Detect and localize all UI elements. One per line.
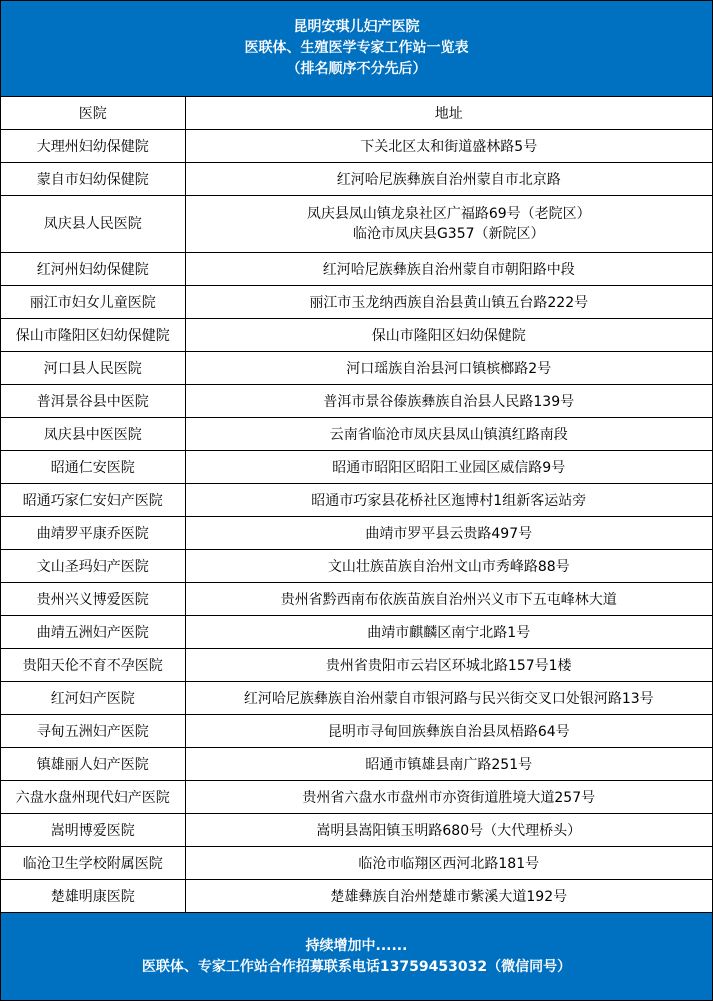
table-row: 红河妇产医院红河哈尼族彝族自治州蒙自市银河路与民兴街交叉口处银河路13号 [1, 682, 712, 715]
address-line: 文山壮族苗族自治州文山市秀峰路88号 [186, 556, 713, 576]
table-header-row: 医院 地址 [1, 97, 712, 130]
hospital-name-cell: 贵阳天伦不育不孕医院 [1, 649, 185, 682]
address-cell: 楚雄彝族自治州楚雄市紫溪大道192号 [185, 880, 712, 913]
address-line: 红河哈尼族彝族自治州蒙自市朝阳路中段 [186, 259, 713, 279]
hospital-name-cell: 曲靖五洲妇产医院 [1, 616, 185, 649]
address-line: 丽江市玉龙纳西族自治县黄山镇五台路222号 [186, 292, 713, 312]
table-row: 昭通仁安医院昭通市昭阳区昭阳工业园区威信路9号 [1, 451, 712, 484]
table-row: 文山圣玛妇产医院文山壮族苗族自治州文山市秀峰路88号 [1, 550, 712, 583]
address-cell: 下关北区太和街道盛林路5号 [185, 130, 712, 163]
address-cell: 临沧市临翔区西河北路181号 [185, 847, 712, 880]
address-cell: 红河哈尼族彝族自治州蒙自市银河路与民兴街交叉口处银河路13号 [185, 682, 712, 715]
address-cell: 曲靖市罗平县云贵路497号 [185, 517, 712, 550]
address-line: 凤庆县凤山镇龙泉社区广福路69号（老院区） [186, 204, 713, 224]
address-cell: 保山市隆阳区妇幼保健院 [185, 319, 712, 352]
address-cell: 贵州省六盘水市盘州市亦资街道胜境大道257号 [185, 781, 712, 814]
hospital-table: 医院 地址 大理州妇幼保健院下关北区太和街道盛林路5号蒙自市妇幼保健院红河哈尼族… [1, 97, 712, 913]
hospital-name-cell: 昭通仁安医院 [1, 451, 185, 484]
table-row: 昭通巧家仁安妇产医院昭通市巧家县花桥社区迤博村1组新客运站旁 [1, 484, 712, 517]
address-line: 保山市隆阳区妇幼保健院 [186, 325, 713, 345]
hospital-name-cell: 凤庆县人民医院 [1, 196, 185, 253]
hospital-name-cell: 临沧卫生学校附属医院 [1, 847, 185, 880]
address-line: 嵩明县嵩阳镇玉明路680号（大代理桥头） [186, 820, 713, 840]
table-row: 大理州妇幼保健院下关北区太和街道盛林路5号 [1, 130, 712, 163]
hospital-name-cell: 河口县人民医院 [1, 352, 185, 385]
address-line: 贵州省六盘水市盘州市亦资街道胜境大道257号 [186, 787, 713, 807]
table-row: 河口县人民医院河口瑶族自治县河口镇槟榔路2号 [1, 352, 712, 385]
table-row: 红河州妇幼保健院红河哈尼族彝族自治州蒙自市朝阳路中段 [1, 253, 712, 286]
table-row: 曲靖罗平康乔医院曲靖市罗平县云贵路497号 [1, 517, 712, 550]
table-row: 保山市隆阳区妇幼保健院保山市隆阳区妇幼保健院 [1, 319, 712, 352]
table-row: 普洱景谷县中医院普洱市景谷傣族彝族自治县人民路139号 [1, 385, 712, 418]
title-table-name: 医联体、生殖医学专家工作站一览表 [245, 38, 469, 59]
hospital-name-cell: 丽江市妇女儿童医院 [1, 286, 185, 319]
hospital-name-cell: 寻甸五洲妇产医院 [1, 715, 185, 748]
address-cell: 普洱市景谷傣族彝族自治县人民路139号 [185, 385, 712, 418]
address-cell: 昭通市镇雄县南广路251号 [185, 748, 712, 781]
table-row: 临沧卫生学校附属医院临沧市临翔区西河北路181号 [1, 847, 712, 880]
hospital-name-cell: 凤庆县中医医院 [1, 418, 185, 451]
hospital-name-cell: 大理州妇幼保健院 [1, 130, 185, 163]
hospital-name-cell: 镇雄丽人妇产医院 [1, 748, 185, 781]
address-cell: 文山壮族苗族自治州文山市秀峰路88号 [185, 550, 712, 583]
address-cell: 丽江市玉龙纳西族自治县黄山镇五台路222号 [185, 286, 712, 319]
address-line: 贵州省贵阳市云岩区环城北路157号1楼 [186, 655, 713, 675]
address-cell: 贵州省黔西南布依族苗族自治州兴义市下五屯峰林大道 [185, 583, 712, 616]
hospital-name-cell: 嵩明博爱医院 [1, 814, 185, 847]
address-line: 普洱市景谷傣族彝族自治县人民路139号 [186, 391, 713, 411]
hospital-name-cell: 曲靖罗平康乔医院 [1, 517, 185, 550]
title-hospital-name: 昆明安琪儿妇产医院 [294, 17, 420, 38]
table-row: 凤庆县中医医院云南省临沧市凤庆县凤山镇滇红路南段 [1, 418, 712, 451]
address-cell: 凤庆县凤山镇龙泉社区广福路69号（老院区）临沧市凤庆县G357（新院区） [185, 196, 712, 253]
address-cell: 贵州省贵阳市云岩区环城北路157号1楼 [185, 649, 712, 682]
address-line: 河口瑶族自治县河口镇槟榔路2号 [186, 358, 713, 378]
table-row: 楚雄明康医院楚雄彝族自治州楚雄市紫溪大道192号 [1, 880, 712, 913]
column-header-address: 地址 [185, 97, 712, 130]
address-cell: 云南省临沧市凤庆县凤山镇滇红路南段 [185, 418, 712, 451]
hospital-name-cell: 楚雄明康医院 [1, 880, 185, 913]
address-line: 下关北区太和街道盛林路5号 [186, 136, 713, 156]
address-cell: 河口瑶族自治县河口镇槟榔路2号 [185, 352, 712, 385]
address-line: 昭通市昭阳区昭阳工业园区威信路9号 [186, 457, 713, 477]
hospital-name-cell: 贵州兴义博爱医院 [1, 583, 185, 616]
title-note: （排名顺序不分先后） [287, 59, 427, 80]
table-row: 贵州兴义博爱医院贵州省黔西南布依族苗族自治州兴义市下五屯峰林大道 [1, 583, 712, 616]
address-cell: 嵩明县嵩阳镇玉明路680号（大代理桥头） [185, 814, 712, 847]
address-line: 曲靖市罗平县云贵路497号 [186, 523, 713, 543]
table-row: 六盘水盘州现代妇产医院贵州省六盘水市盘州市亦资街道胜境大道257号 [1, 781, 712, 814]
header-banner: 昆明安琪儿妇产医院 医联体、生殖医学专家工作站一览表 （排名顺序不分先后） [1, 1, 712, 97]
address-line: 昭通市镇雄县南广路251号 [186, 754, 713, 774]
address-cell: 昆明市寻甸回族彝族自治县凤梧路64号 [185, 715, 712, 748]
hospital-name-cell: 文山圣玛妇产医院 [1, 550, 185, 583]
table-row: 寻甸五洲妇产医院昆明市寻甸回族彝族自治县凤梧路64号 [1, 715, 712, 748]
table-row: 曲靖五洲妇产医院曲靖市麒麟区南宁北路1号 [1, 616, 712, 649]
address-line: 云南省临沧市凤庆县凤山镇滇红路南段 [186, 424, 713, 444]
address-line: 临沧市凤庆县G357（新院区） [186, 224, 713, 244]
address-line: 红河哈尼族彝族自治州蒙自市银河路与民兴街交叉口处银河路13号 [186, 688, 713, 708]
hospital-name-cell: 红河州妇幼保健院 [1, 253, 185, 286]
address-cell: 昭通市巧家县花桥社区迤博村1组新客运站旁 [185, 484, 712, 517]
address-line: 临沧市临翔区西河北路181号 [186, 853, 713, 873]
table-row: 丽江市妇女儿童医院丽江市玉龙纳西族自治县黄山镇五台路222号 [1, 286, 712, 319]
address-line: 曲靖市麒麟区南宁北路1号 [186, 622, 713, 642]
footer-banner: 持续增加中...... 医联体、专家工作站合作招募联系电话13759453032… [1, 912, 712, 1000]
table-row: 嵩明博爱医院嵩明县嵩阳镇玉明路680号（大代理桥头） [1, 814, 712, 847]
address-line: 楚雄彝族自治州楚雄市紫溪大道192号 [186, 886, 713, 906]
hospital-name-cell: 蒙自市妇幼保健院 [1, 163, 185, 196]
hospital-name-cell: 普洱景谷县中医院 [1, 385, 185, 418]
address-line: 昭通市巧家县花桥社区迤博村1组新客运站旁 [186, 490, 713, 510]
footer-status: 持续增加中...... [306, 936, 408, 957]
hospital-name-cell: 六盘水盘州现代妇产医院 [1, 781, 185, 814]
address-cell: 红河哈尼族彝族自治州蒙自市朝阳路中段 [185, 253, 712, 286]
footer-contact: 医联体、专家工作站合作招募联系电话13759453032（微信同号） [142, 957, 571, 978]
table-row: 蒙自市妇幼保健院红河哈尼族彝族自治州蒙自市北京路 [1, 163, 712, 196]
hospital-name-cell: 保山市隆阳区妇幼保健院 [1, 319, 185, 352]
table-row: 镇雄丽人妇产医院昭通市镇雄县南广路251号 [1, 748, 712, 781]
address-line: 贵州省黔西南布依族苗族自治州兴义市下五屯峰林大道 [186, 589, 713, 609]
address-line: 昆明市寻甸回族彝族自治县凤梧路64号 [186, 721, 713, 741]
address-line: 红河哈尼族彝族自治州蒙自市北京路 [186, 169, 713, 189]
address-cell: 曲靖市麒麟区南宁北路1号 [185, 616, 712, 649]
hospital-name-cell: 昭通巧家仁安妇产医院 [1, 484, 185, 517]
hospital-list-sheet: 昆明安琪儿妇产医院 医联体、生殖医学专家工作站一览表 （排名顺序不分先后） 医院… [0, 0, 713, 1001]
address-cell: 昭通市昭阳区昭阳工业园区威信路9号 [185, 451, 712, 484]
address-cell: 红河哈尼族彝族自治州蒙自市北京路 [185, 163, 712, 196]
column-header-hospital: 医院 [1, 97, 185, 130]
hospital-name-cell: 红河妇产医院 [1, 682, 185, 715]
table-row: 贵阳天伦不育不孕医院贵州省贵阳市云岩区环城北路157号1楼 [1, 649, 712, 682]
table-row: 凤庆县人民医院凤庆县凤山镇龙泉社区广福路69号（老院区）临沧市凤庆县G357（新… [1, 196, 712, 253]
